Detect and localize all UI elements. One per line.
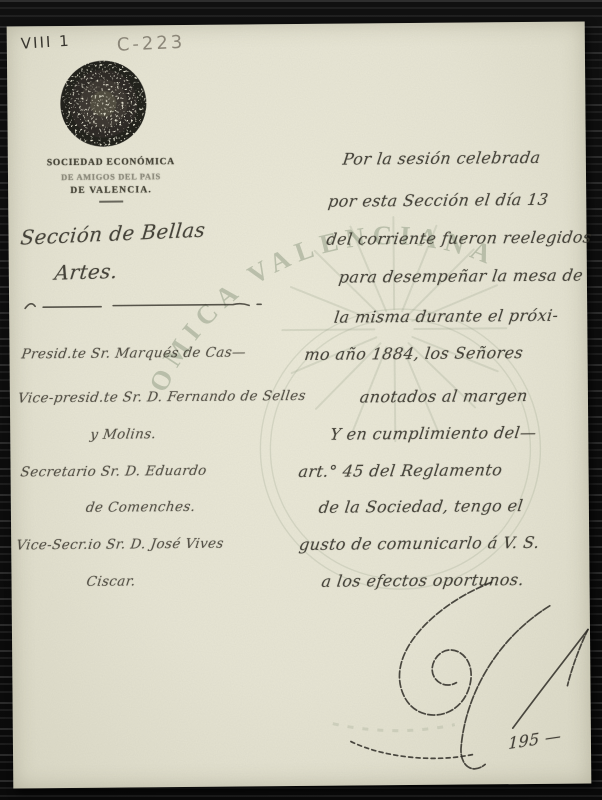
- margin-officer-line: Vice-Secr.io Sr. D. José Vives: [15, 536, 225, 554]
- section-heading-line2: Artes.: [53, 259, 119, 285]
- margin-dash-rule: [21, 296, 266, 314]
- body-text-line: anotados al margen: [359, 386, 529, 406]
- body-text-line: art.° 45 del Reglamento: [297, 460, 503, 481]
- document-page: OMICA VALENCIANA VIII 1 C-223 SOCIEDAD E…: [7, 21, 592, 788]
- margin-officer-line: Secretario Sr. D. Eduardo: [20, 463, 208, 481]
- margin-officer-line: y Molins.: [89, 426, 157, 443]
- pencil-reference: C-223: [116, 32, 185, 56]
- letterhead-underline-rule: [99, 201, 123, 203]
- letterhead-line1: SOCIEDAD ECONÓMICA: [36, 157, 186, 168]
- body-text-line: por esta Sección el día 13: [327, 190, 550, 211]
- letterhead-line3: DE VALENCIA.: [36, 185, 186, 196]
- letterhead-line2: DE AMIGOS DEL PAIS: [36, 171, 186, 182]
- body-text-line: de la Sociedad, tengo el: [318, 496, 525, 517]
- body-text-line: la misma durante el próxi-: [333, 306, 560, 327]
- margin-officer-line: Ciscar.: [85, 573, 136, 589]
- signature-flourish-icon: [342, 577, 594, 784]
- sunburst-rays-icon: [281, 216, 507, 442]
- film-scan-background: { "annotations": { "shelfmark": "VIII 1"…: [0, 0, 602, 800]
- shelfmark-annotation: VIII 1: [20, 32, 71, 53]
- letterhead: SOCIEDAD ECONÓMICA DE AMIGOS DEL PAIS DE…: [36, 157, 186, 203]
- margin-officer-line: Vice-presid.te Sr. D. Fernando de Selles: [17, 388, 307, 407]
- section-heading-line1: Sección de Bellas: [19, 218, 206, 250]
- body-text-line: mo año 1884, los Señores: [303, 343, 524, 364]
- margin-officer-line: Presid.te Sr. Marqués de Cas—: [20, 344, 247, 362]
- body-text-line: para desempeñar la mesa de: [338, 266, 585, 287]
- seal-stamp-icon: [57, 57, 150, 150]
- body-text-line: gusto de comunicarlo á V. S.: [298, 533, 541, 554]
- body-text-line: del corriente fueron reelegidos: [325, 227, 593, 248]
- body-text-line: Por la sesión celebrada: [342, 148, 542, 169]
- margin-officer-line: de Comenches.: [85, 499, 197, 516]
- body-text-line: Y en cumplimiento del—: [329, 423, 538, 444]
